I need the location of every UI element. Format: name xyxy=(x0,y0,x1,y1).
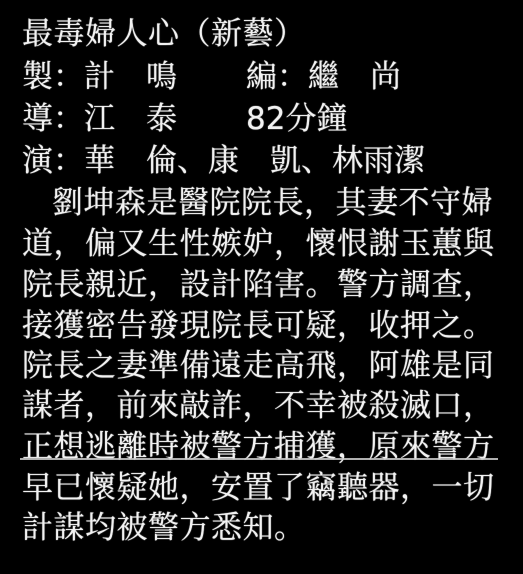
synopsis-line: 早已懷疑她，安置了竊聽器，一切 xyxy=(22,470,495,508)
synopsis-line: 計謀均被警方悉知。 xyxy=(22,510,306,548)
synopsis-line: 劉坤森是醫院院長，其妻不守婦 xyxy=(52,185,493,223)
synopsis-line: 接獲密告發現院長可疑，收押之。 xyxy=(22,308,495,346)
synopsis-line: 道，偏又生性嫉妒，懷恨謝玉蕙與 xyxy=(22,226,495,264)
runtime: 82分鐘 xyxy=(246,101,347,137)
cast-names: 華 倫、康 凱、林雨潔 xyxy=(84,143,425,179)
producer-label: 製： xyxy=(22,59,84,95)
synopsis-line: 院長親近，設計陷害。警方調查， xyxy=(22,267,495,305)
film-title: 最毒婦人心（新藝） xyxy=(22,16,306,54)
writer-label: 編： xyxy=(246,59,308,95)
cast-label: 演： xyxy=(22,143,84,179)
producer-name: 計 鳴 xyxy=(84,59,177,95)
synopsis-line: 正想逃離時被警方捕獲，原來警方 xyxy=(22,429,495,467)
writer-name: 繼 尚 xyxy=(308,59,401,95)
scan-fold-line xyxy=(20,458,498,460)
director-name: 江 泰 xyxy=(84,101,177,137)
synopsis-line: 院長之妻準備遠走高飛，阿雄是同 xyxy=(22,348,495,386)
film-synopsis-card: 最毒婦人心（新藝） 製： 計 鳴 編： 繼 尚 導： 江 泰 82分鐘 演： 華… xyxy=(0,0,523,574)
synopsis-line: 謀者，前來敲詐，不幸被殺滅口， xyxy=(22,388,495,426)
director-label: 導： xyxy=(22,101,84,137)
